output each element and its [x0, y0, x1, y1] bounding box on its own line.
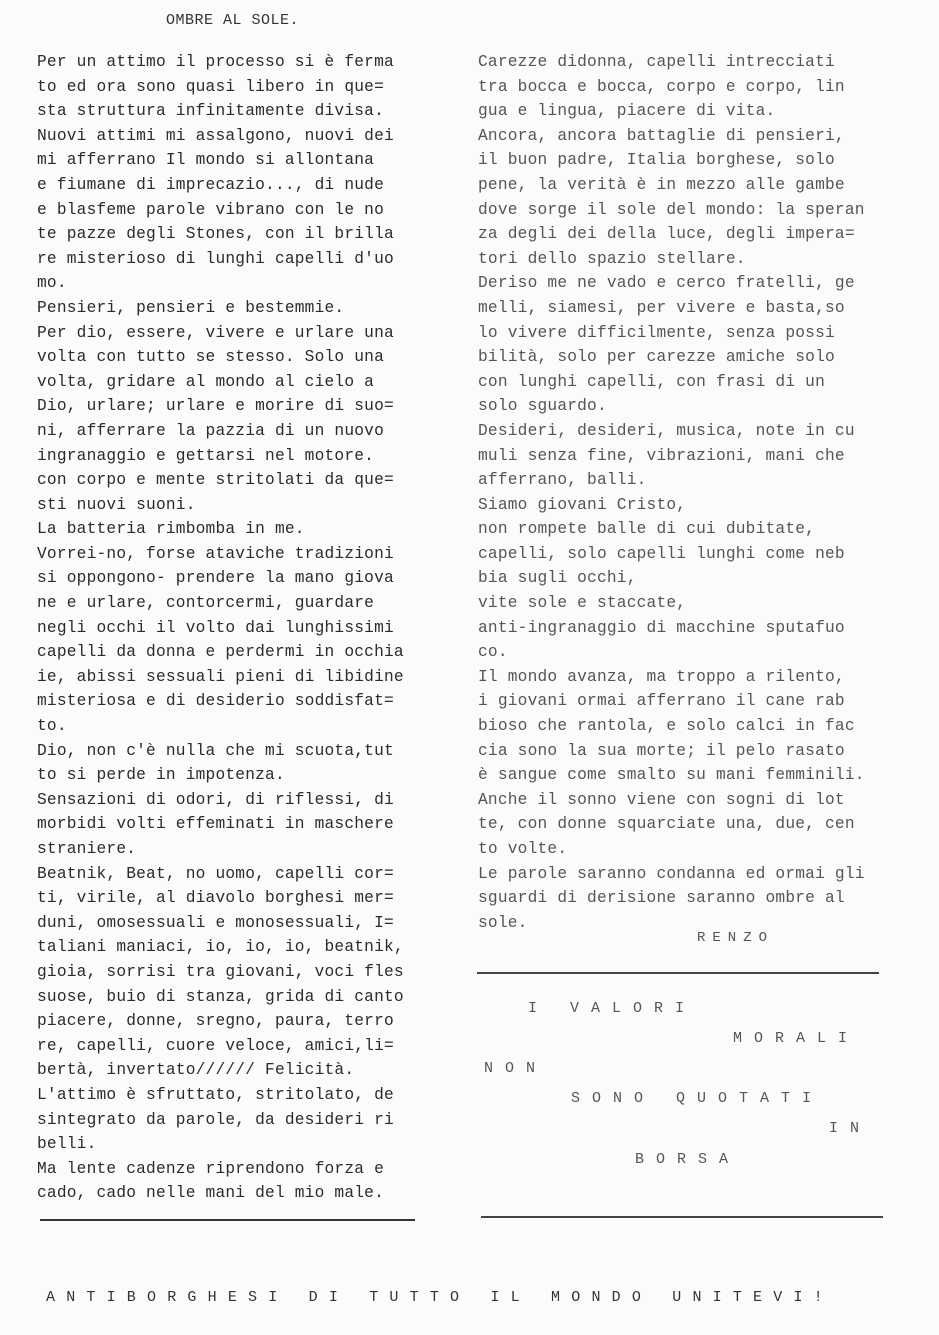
text-line: sti nuovi suoni.: [37, 493, 404, 518]
text-line: to ed ora sono quasi libero in que=: [37, 75, 404, 100]
document-title: OMBRE AL SOLE.: [166, 12, 299, 29]
text-line: morbidi volti effeminati in maschere: [37, 812, 404, 837]
text-line: bia sugli occhi,: [478, 566, 865, 591]
text-line: belli.: [37, 1132, 404, 1157]
text-line: misteriosa e di desiderio soddisfat=: [37, 689, 404, 714]
text-line: Desideri, desideri, musica, note in cu: [478, 419, 865, 444]
text-line: Sensazioni di odori, di riflessi, di: [37, 788, 404, 813]
text-line: melli, siamesi, per vivere e basta,so: [478, 296, 865, 321]
motto-line: I VALORI: [528, 1000, 696, 1017]
text-line: sguardi di derisione saranno ombre al: [478, 886, 865, 911]
text-line: Vorrei-no, forse ataviche tradizioni: [37, 542, 404, 567]
text-line: ingranaggio e gettarsi nel motore.: [37, 444, 404, 469]
text-line: to si perde in impotenza.: [37, 763, 404, 788]
text-line: sole.: [478, 911, 865, 936]
text-line: Ma lente cadenze riprendono forza e: [37, 1157, 404, 1182]
text-line: dove sorge il sole del mondo: la speran: [478, 198, 865, 223]
text-line: con corpo e mente stritolati da que=: [37, 468, 404, 493]
text-line: Pensieri, pensieri e bestemmie.: [37, 296, 404, 321]
motto-line: IN: [829, 1120, 871, 1137]
text-line: te pazze degli Stones, con il brilla: [37, 222, 404, 247]
text-line: piacere, donne, sregno, paura, terro: [37, 1009, 404, 1034]
text-line: Beatnik, Beat, no uomo, capelli cor=: [37, 862, 404, 887]
text-line: Dio, urlare; urlare e morire di suo=: [37, 394, 404, 419]
text-line: e fiumane di imprecazio..., di nude: [37, 173, 404, 198]
text-line: La batteria rimbomba in me.: [37, 517, 404, 542]
text-line: i giovani ormai afferrano il cane rab: [478, 689, 865, 714]
text-line: Siamo giovani Cristo,: [478, 493, 865, 518]
text-line: anti-ingranaggio di macchine sputafuo: [478, 616, 865, 641]
text-line: za degli dei della luce, degli impera=: [478, 222, 865, 247]
text-line: bioso che rantola, e solo calci in fac: [478, 714, 865, 739]
text-line: mo.: [37, 271, 404, 296]
motto-line: BORSA: [635, 1151, 740, 1168]
text-line: ti, virile, al diavolo borghesi mer=: [37, 886, 404, 911]
footer-slogan: ANTIBORGHESI DI TUTTO IL MONDO UNITEVI!: [46, 1289, 834, 1306]
text-line: Le parole saranno condanna ed ormai gli: [478, 862, 865, 887]
text-line: ne e urlare, contorcermi, guardare: [37, 591, 404, 616]
text-line: te, con donne squarciate una, due, cen: [478, 812, 865, 837]
text-line: sta struttura infinitamente divisa.: [37, 99, 404, 124]
signature: RENZO: [697, 930, 774, 946]
text-line: Nuovi attimi mi assalgono, nuovi dei: [37, 124, 404, 149]
text-line: è sangue come smalto su mani femminili.: [478, 763, 865, 788]
text-line: capelli da donna e perdermi in occhia: [37, 640, 404, 665]
text-line: e blasfeme parole vibrano con le no: [37, 198, 404, 223]
text-line: L'attimo è sfruttato, stritolato, de: [37, 1083, 404, 1108]
text-line: Deriso me ne vado e cerco fratelli, ge: [478, 271, 865, 296]
divider-right-bottom: [481, 1216, 883, 1218]
text-line: si oppongono- prendere la mano giova: [37, 566, 404, 591]
text-line: Dio, non c'è nulla che mi scuota,tut: [37, 739, 404, 764]
text-line: capelli, solo capelli lunghi come neb: [478, 542, 865, 567]
text-line: to volte.: [478, 837, 865, 862]
text-line: pene, la verità è in mezzo alle gambe: [478, 173, 865, 198]
motto-line: NON: [484, 1060, 547, 1077]
text-line: non rompete balle di cui dubitate,: [478, 517, 865, 542]
text-line: gioia, sorrisi tra giovani, voci fles: [37, 960, 404, 985]
text-line: negli occhi il volto dai lunghissimi: [37, 616, 404, 641]
text-line: Per dio, essere, vivere e urlare una: [37, 321, 404, 346]
text-line: il buon padre, Italia borghese, solo: [478, 148, 865, 173]
text-line: suose, buio di stanza, grida di canto: [37, 985, 404, 1010]
text-line: mi afferrano Il mondo si allontana: [37, 148, 404, 173]
text-line: solo sguardo.: [478, 394, 865, 419]
text-line: Ancora, ancora battaglie di pensieri,: [478, 124, 865, 149]
text-line: duni, omosessuali e monosessuali, I=: [37, 911, 404, 936]
text-line: Carezze didonna, capelli intrecciati: [478, 50, 865, 75]
text-line: volta con tutto se stesso. Solo una: [37, 345, 404, 370]
divider-left-bottom: [40, 1219, 415, 1221]
motto-line: MORALI: [733, 1030, 859, 1047]
text-line: sintegrato da parole, da desideri ri: [37, 1108, 404, 1133]
text-line: afferrano, balli.: [478, 468, 865, 493]
text-line: con lunghi capelli, con frasi di un: [478, 370, 865, 395]
motto-line: SONO QUOTATI: [571, 1090, 823, 1107]
text-line: Il mondo avanza, ma troppo a rilento,: [478, 665, 865, 690]
text-line: to.: [37, 714, 404, 739]
text-line: straniere.: [37, 837, 404, 862]
text-line: volta, gridare al mondo al cielo a: [37, 370, 404, 395]
text-line: re misterioso di lunghi capelli d'uo: [37, 247, 404, 272]
text-line: muli senza fine, vibrazioni, mani che: [478, 444, 865, 469]
text-line: cia sono la sua morte; il pelo rasato: [478, 739, 865, 764]
text-line: re, capelli, cuore veloce, amici,li=: [37, 1034, 404, 1059]
text-line: co.: [478, 640, 865, 665]
text-line: gua e lingua, piacere di vita.: [478, 99, 865, 124]
text-line: ni, afferrare la pazzia di un nuovo: [37, 419, 404, 444]
text-line: taliani maniaci, io, io, io, beatnik,: [37, 935, 404, 960]
text-line: ie, abissi sessuali pieni di libidine: [37, 665, 404, 690]
text-line: bilità, solo per carezze amiche solo: [478, 345, 865, 370]
text-line: tra bocca e bocca, corpo e corpo, lin: [478, 75, 865, 100]
text-line: lo vivere difficilmente, senza possi: [478, 321, 865, 346]
text-line: tori dello spazio stellare.: [478, 247, 865, 272]
text-line: vite sole e staccate,: [478, 591, 865, 616]
divider-right-top: [477, 972, 879, 974]
right-column-text: Carezze didonna, capelli intrecciatitra …: [478, 50, 865, 935]
text-line: Per un attimo il processo si è ferma: [37, 50, 404, 75]
left-column-text: Per un attimo il processo si è fermato e…: [37, 50, 404, 1206]
text-line: bertà, invertato////// Felicità.: [37, 1058, 404, 1083]
text-line: Anche il sonno viene con sogni di lot: [478, 788, 865, 813]
text-line: cado, cado nelle mani del mio male.: [37, 1181, 404, 1206]
